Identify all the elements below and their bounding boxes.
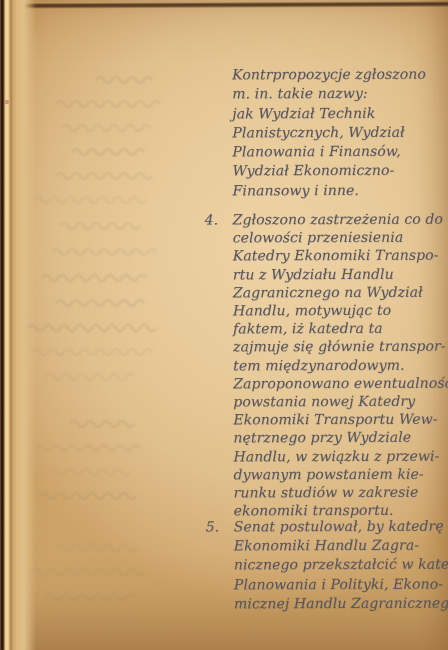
handwritten-content: Kontrpropozycje zgłoszonom. in. takie na… xyxy=(232,0,448,650)
handwritten-text: Kontrpropozycje zgłoszonom. in. takie na… xyxy=(232,66,447,202)
paragraph-continuation: Kontrpropozycje zgłoszonom. in. takie na… xyxy=(232,66,447,202)
list-number-5: 5. xyxy=(206,519,220,535)
handwritten-text: Senat postulował, by katedręEkonomiki Ha… xyxy=(234,518,448,615)
page-binding-edge xyxy=(0,0,36,650)
list-item-5: 5. Senat postulował, by katedręEkonomiki… xyxy=(234,518,448,615)
handwritten-text: Zgłoszono zastrzeżenia co docelowości pr… xyxy=(233,211,448,521)
list-number-4: 4. xyxy=(205,212,219,228)
scanned-notebook-page: Kontrpropozycje zgłoszonom. in. takie na… xyxy=(0,0,448,650)
list-item-4: 4. Zgłoszono zastrzeżenia co docelowości… xyxy=(233,211,448,521)
edge-red-mark xyxy=(4,100,9,104)
